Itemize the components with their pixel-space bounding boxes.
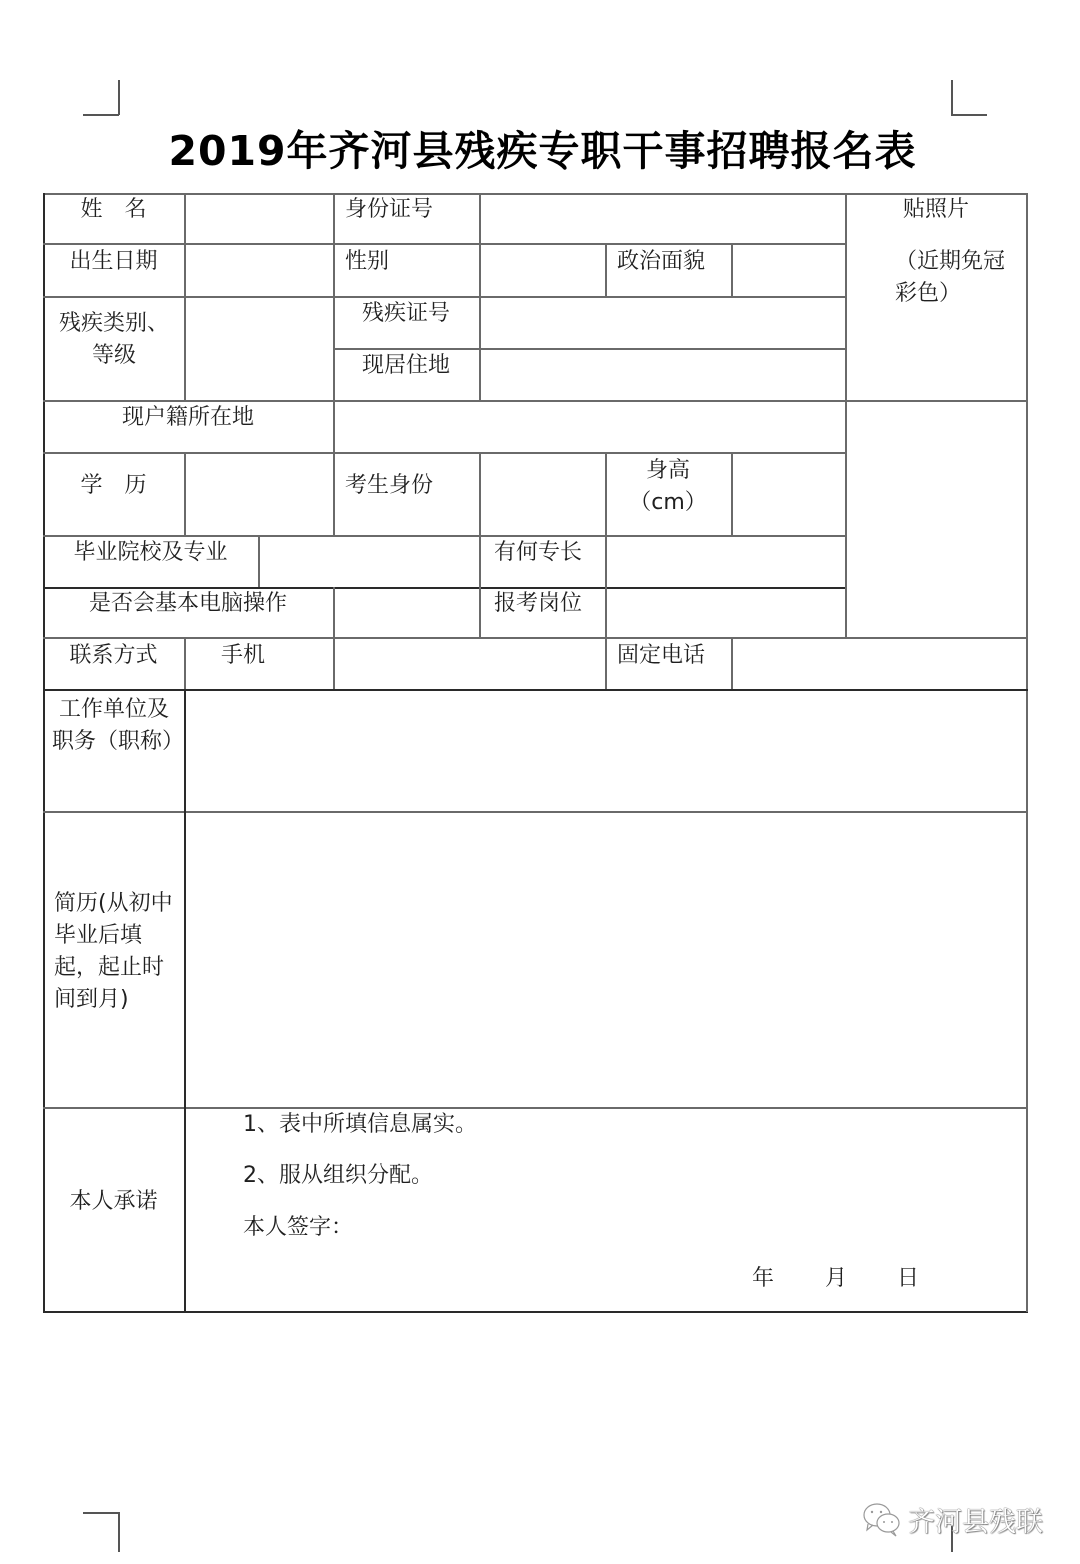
mobile-field[interactable]: [335, 639, 604, 688]
date-day-label: 日: [897, 1263, 919, 1295]
wechat-icon: [862, 1502, 902, 1538]
photo-area-lower: [847, 402, 1025, 636]
landline-field[interactable]: [733, 639, 1025, 688]
crop-mark-top-right: [951, 114, 987, 116]
label-id-number: 身份证号: [345, 194, 433, 226]
label-resume: 简历(从初中毕业后填起，起止时间到月): [54, 888, 178, 1016]
computer-skills-field[interactable]: [335, 589, 478, 636]
label-disability-type-grade: 残疾类别、等级: [50, 308, 178, 372]
label-name: 姓 名: [43, 194, 184, 226]
disability-type-grade-field[interactable]: [186, 298, 332, 399]
candidate-identity-field[interactable]: [481, 454, 604, 534]
signature-area[interactable]: [360, 1210, 660, 1250]
date-month-label: 月: [825, 1263, 847, 1295]
label-candidate-identity: 考生身份: [345, 470, 433, 502]
label-school-major: 毕业院校及专业: [43, 537, 258, 569]
birth-date-field[interactable]: [186, 245, 332, 295]
label-contact: 联系方式: [43, 640, 184, 672]
label-position-applied: 报考岗位: [494, 588, 582, 620]
label-household-registration: 现户籍所在地: [43, 402, 333, 434]
work-unit-field[interactable]: [186, 691, 1025, 810]
crop-mark-bottom-left: [83, 1512, 119, 1514]
specialty-field[interactable]: [607, 537, 844, 586]
label-disability-cert-no: 残疾证号: [333, 298, 479, 330]
label-height-cm: 身高（cm）: [620, 455, 716, 519]
col-divider: [605, 243, 607, 296]
label-work-unit: 工作单位及职务（职称）: [52, 694, 176, 758]
label-education: 学 历: [43, 470, 184, 502]
id-number-field[interactable]: [481, 195, 844, 242]
education-field[interactable]: [186, 454, 332, 534]
photo-area[interactable]: [847, 195, 1025, 399]
table-border-left: [43, 193, 45, 1312]
label-mobile: 手机: [184, 640, 302, 672]
label-computer-skills: 是否会基本电脑操作: [43, 588, 333, 620]
resume-field[interactable]: [186, 813, 1025, 1106]
label-pledge: 本人承诺: [43, 1186, 184, 1218]
row-divider: [43, 1107, 1028, 1109]
row-divider: [43, 452, 845, 454]
table-border-bottom: [43, 1311, 1028, 1313]
form-title: 2019年齐河县残疾专职干事招聘报名表: [0, 118, 1080, 177]
current-address-field[interactable]: [481, 350, 844, 399]
crop-mark-top-right: [951, 80, 953, 115]
household-registration-field[interactable]: [335, 402, 844, 451]
disability-cert-no-field[interactable]: [481, 298, 844, 347]
crop-mark-top-left: [118, 80, 120, 115]
crop-mark-bottom-left: [118, 1512, 120, 1552]
crop-mark-top-left: [83, 114, 119, 116]
gender-field[interactable]: [481, 245, 604, 295]
table-border-right: [1026, 193, 1028, 1312]
signature-label: 本人签字：: [243, 1212, 353, 1244]
col-divider: [333, 452, 335, 535]
pledge-item-1: 1、表中所填信息属实。: [243, 1109, 477, 1141]
date-year-label: 年: [752, 1263, 774, 1295]
position-applied-field[interactable]: [607, 589, 844, 636]
label-current-address: 现居住地: [333, 350, 479, 382]
label-gender: 性别: [345, 246, 389, 278]
label-birth-date: 出生日期: [43, 246, 184, 278]
row-divider: [43, 243, 845, 245]
political-status-field[interactable]: [733, 245, 844, 295]
label-political-status: 政治面貌: [617, 246, 705, 278]
watermark-text: 齐河县残联: [908, 1500, 1043, 1539]
watermark: 齐河县残联: [862, 1500, 1043, 1539]
label-landline: 固定电话: [617, 640, 705, 672]
school-major-field[interactable]: [260, 537, 478, 586]
pledge-item-2: 2、服从组织分配。: [243, 1160, 433, 1192]
name-field[interactable]: [186, 195, 332, 242]
col-divider: [605, 637, 607, 689]
label-specialty: 有何专长: [494, 537, 582, 569]
height-cm-field[interactable]: [733, 454, 844, 534]
